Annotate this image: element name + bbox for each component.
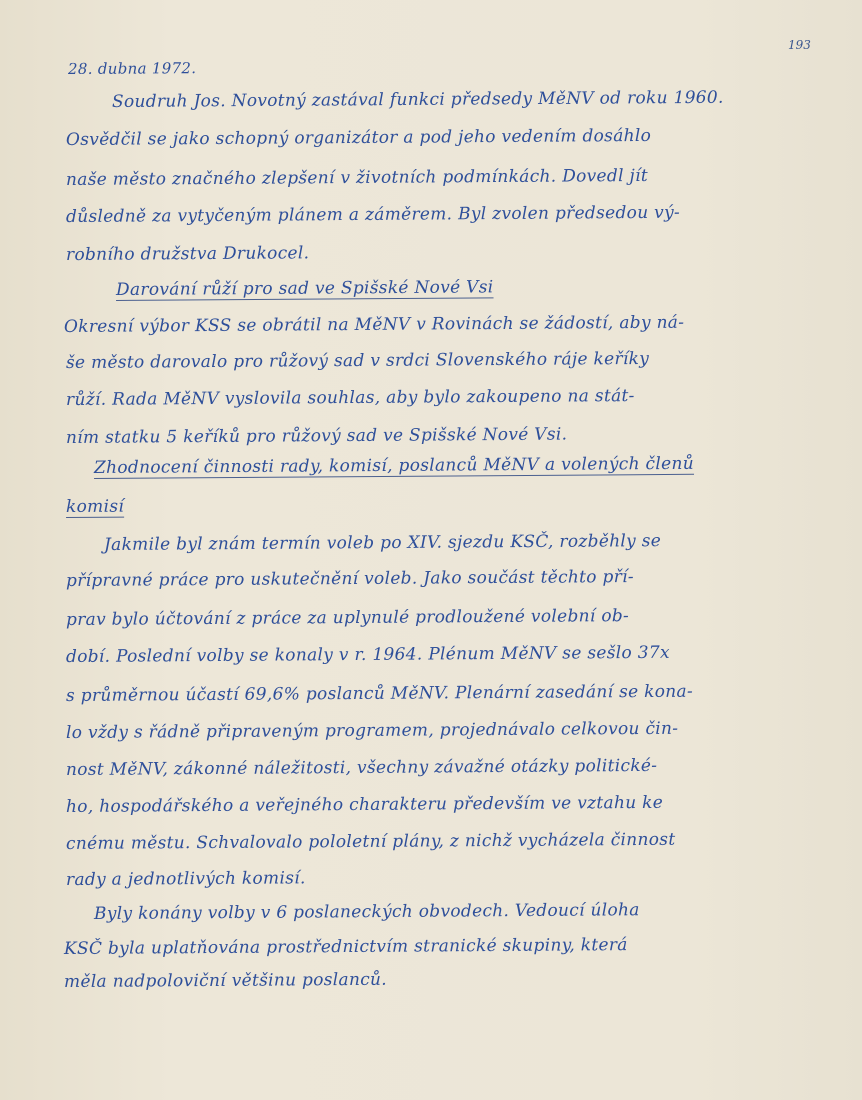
page-number: 193 [788, 38, 811, 52]
text-line: naše město značného zlepšení v životních… [66, 166, 648, 190]
text-line: KSČ byla uplatňována prostřednictvím str… [64, 935, 628, 959]
text-line: Osvědčil se jako schopný organizátor a p… [66, 126, 651, 150]
text-line: přípravné práce pro uskutečnění voleb. J… [66, 567, 634, 591]
text-line: robního družstva Drukocel. [66, 243, 309, 265]
section-heading-evaluation-cont: komisí [66, 497, 124, 517]
text-line: lo vždy s řádně připraveným programem, p… [66, 719, 678, 743]
text-line: Soudruh Jos. Novotný zastával funkci pře… [112, 88, 724, 112]
text-line: měla nadpoloviční většinu poslanců. [64, 970, 387, 992]
text-line: růží. Rada MěNV vyslovila souhlas, aby b… [66, 386, 635, 410]
text-line: dobí. Poslední volby se konaly v r. 1964… [66, 643, 670, 667]
text-line: cnému městu. Schvalovalo pololetní plány… [66, 830, 676, 854]
text-line: Jakmile byl znám termín voleb po XIV. sj… [104, 531, 661, 555]
text-line: Byly konány volby v 6 poslaneckých obvod… [94, 900, 640, 924]
section-heading-roses: Darování růží pro sad ve Spišské Nové Vs… [116, 277, 494, 300]
text-line: rady a jednotlivých komisí. [66, 868, 306, 890]
text-line: Okresní výbor KSS se obrátil na MěNV v R… [64, 313, 684, 337]
text-line: s průměrnou účastí 69,6% poslanců MěNV. … [66, 682, 693, 706]
text-line: še město darovalo pro růžový sad v srdci… [66, 349, 649, 373]
text-line: ho, hospodářského a veřejného charakteru… [66, 793, 663, 817]
section-heading-evaluation: Zhodnocení činnosti rady, komisí, poslan… [94, 454, 694, 478]
entry-date: 28. dubna 1972. [68, 59, 196, 78]
text-line: prav bylo účtování z práce za uplynulé p… [66, 606, 629, 630]
text-line: ním statku 5 keříků pro růžový sad ve Sp… [66, 425, 567, 448]
text-line: nost MěNV, zákonné náležitosti, všechny … [66, 756, 657, 780]
handwritten-chronicle-page: 193 28. dubna 1972. Soudruh Jos. Novotný… [0, 0, 862, 1100]
text-line: důsledně za vytyčeným plánem a záměrem. … [66, 203, 680, 227]
